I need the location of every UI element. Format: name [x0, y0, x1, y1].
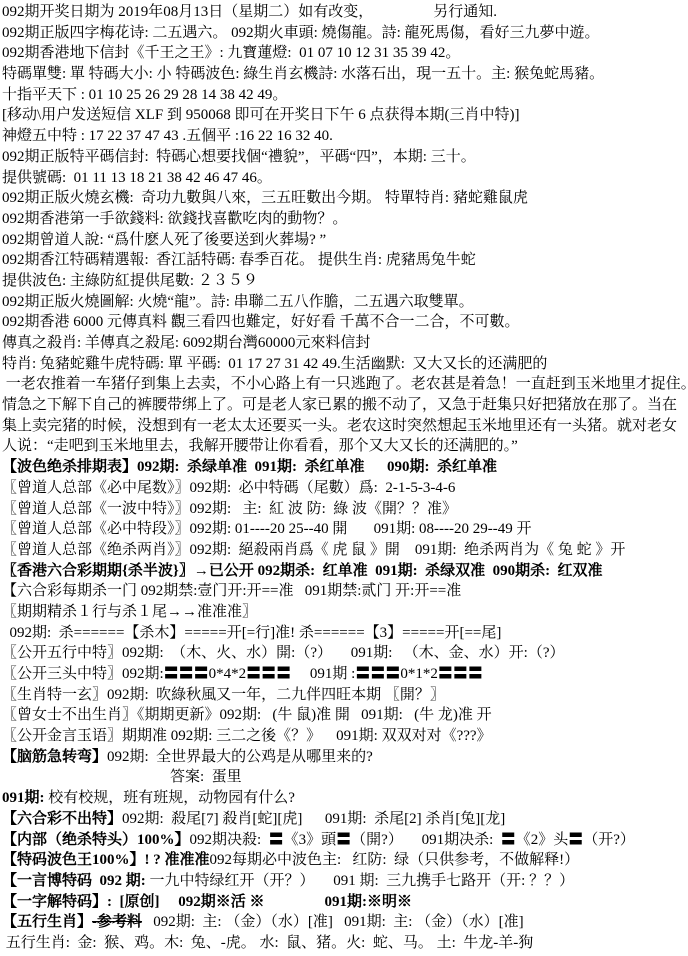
text-line-wave-color: 提供波色: 主綠防紅提供尾數: ２３５９: [2, 271, 688, 292]
text-line-kill-one-gate: 【六合彩每期杀一门 092期禁:壹门开:开==准 091期禁:贰门 开:开==准: [2, 581, 688, 602]
line-text: 〖公开金言玉语〗期期准 092期: 三二之後《？》 091期: 双双对对《???…: [2, 728, 492, 744]
line-text: 092期正版火燒圖解: 火燒“龍”。詩: 串聯二五八作膽，二五遇六取雙單。: [2, 294, 474, 310]
line-text: 〖曾道人总部《绝杀两肖》〗092期: 絕殺兩肖爲《 虎 鼠 》開 091期: 绝…: [2, 542, 625, 558]
text-line-joke-2: 情急之下解下自己的裤腰带绑上了。可是老人家已累的搬不动了，又急于赶集只好把猪放在…: [2, 395, 688, 416]
line-text: 提供號碼: 01 11 13 18 21 38 42 46 47 46。: [2, 170, 272, 186]
text-line-five-elements: 〖公开五行中特〗092期: （木、火、水）開:（?） 091期: （木、金、水）…: [2, 643, 688, 664]
line-text: 092期: 主: （金）（水）[准] 091期: 主: （金）（水）[准]: [142, 914, 524, 930]
line-heading: 091期:: [2, 790, 45, 806]
line-heading: 【一言博特码 092 期:: [2, 873, 146, 889]
line-text: 〖曾女士不出生肖〗《期期更新》092期: (牛 鼠)准 開 091期: (牛 龙…: [2, 707, 492, 723]
line-text: 092期曾道人說: “爲什麽人死了後要送到火葬場? ”: [2, 232, 326, 248]
line-text: 〖香港六合彩期期{杀半波}〗→已公开 092期杀: 红单准 091期: 杀绿双准…: [2, 563, 603, 579]
line-text: 092每期必中波色主: 红防: 绿（只供参考，不做解释!）: [210, 852, 580, 868]
line-text: 092期香港 6000 元傳真料 觀三看四也難定，好好看 千萬不合一二合，不可數…: [2, 314, 520, 330]
text-line-zengdaoren-quote: 092期曾道人說: “爲什麽人死了後要送到火葬場? ”: [2, 230, 688, 251]
line-text: 092期决殺: 〓《3》頭〓（開?） 091期决杀: 〓《2》头〓（开?）: [190, 832, 635, 848]
text-line-one-word-gamble: 【一言博特码 092 期: 一九中特绿红开（开？） 091 期: 三九携手七路开…: [2, 871, 688, 892]
text-line-flat-code-envelope: 092期正版特平碼信封: 特碼心想要找個“禮貌”，平碼“四”，本期: 三十。: [2, 147, 688, 168]
text-line-answer: 答案: 蛋里: [2, 767, 688, 788]
text-line-plum-poem: 092期正版四字梅花诗: 二五遇六。 092期火車頭: 燒傷龍。詩: 龍死馬傷，…: [2, 23, 688, 44]
text-line-must-hit-tails: 〖曾道人总部《必中尾数》〗092期: 必中特碼（尾數）爲: 2-1-5-3-4-…: [2, 478, 688, 499]
line-text: 〖生肖特一玄〗092期: 吹綠秋風又一年，二九伴四旺本期 〖開？〗: [2, 687, 445, 703]
text-line-one-word-solve: 【一字解特码】: [原创] 092期※活 ※ 091期:※明※: [2, 892, 688, 913]
line-text: 〖曾道人总部《必中尾数》〗092期: 必中特碼（尾數）爲: 2-1-5-3-4-…: [2, 480, 455, 496]
text-line-element-mapping: 五行生肖: 金: 猴、鸡。木: 兔、-虎。 水: 鼠、猪。火: 蛇、马。 土: …: [2, 933, 688, 954]
text-line-madam-zeng: 〖曾女士不出生肖〗《期期更新》092期: (牛 鼠)准 開 091期: (牛 龙…: [2, 705, 688, 726]
text-line-091-teaser: 091期: 校有校规，班有班规，动物园有什么?: [2, 788, 688, 809]
line-text: 092期: 杀======【杀木】=====开[=行]准! 杀======【3】…: [2, 625, 501, 641]
line-text: 092期: 殺尾[7] 殺肖[蛇][虎] 091期: 杀尾[2] 杀肖[兔][龙…: [122, 811, 505, 827]
line-text: 十指平天下 : 01 10 25 26 29 28 14 38 42 49。: [2, 87, 287, 103]
line-text: 特碼單雙: 單 特碼大小: 小 特碼波色: 綠生肖玄機詩: 水落石出，現一五十。…: [2, 66, 604, 82]
text-line-hk-envelope: 092期香港地下信封《千王之王》: 九寶蓮燈: 01 07 10 12 31 3…: [2, 43, 688, 64]
line-text: 092期: 全世界最大的公鸡是从哪里来的?: [107, 749, 373, 765]
text-line-fax-kill: 傳真之殺肖: 羊傳真之殺尾: 6092期台灣60000元來料信封: [2, 333, 688, 354]
text-line-joke-3: 集上卖完猪的时候，没想到有一老太太还要买一头。老农这时突然想起玉米地里还有一头猪…: [2, 416, 688, 437]
line-text: 傳真之殺肖: 羊傳真之殺尾: 6092期台灣60000元來料信封: [2, 335, 370, 351]
line-text: 092期开奖日期为 2019年08月13日（星期二）如有改变， 另行通知.: [2, 4, 497, 20]
line-heading: 【脑筋急转弯】: [2, 749, 107, 765]
line-text: 〖曾道人总部《必中特段》〗092期: 01----20 25--40 開 091…: [2, 521, 532, 537]
text-line-joke-1: 一老农推着一车猪仔到集上去卖，不小心路上有一只逃跑了。老农甚是着急！一直赶到玉米…: [2, 374, 688, 395]
text-line-must-hit-segment: 〖曾道人总部《必中特段》〗092期: 01----20 25--40 開 091…: [2, 519, 688, 540]
text-line-zodiac-mystery: 〖生肖特一玄〗092期: 吹綠秋風又一年，二九伴四旺本期 〖開？〗: [2, 685, 688, 706]
line-text: 092期正版四字梅花诗: 二五遇六。 092期火車頭: 燒傷龍。詩: 龍死馬傷，…: [2, 25, 600, 41]
line-text: 集上卖完猪的时候，没想到有一老太太还要买一头。老农这时突然想起玉米地里还有一头猪…: [2, 418, 677, 434]
line-text: 092期正版特平碼信封: 特碼心想要找個“禮貌”，平碼“四”，本期: 三十。: [2, 149, 476, 165]
line-text: 〖公开三头中特〗092期:〓〓〓0*4*2〓〓〓 091期 :〓〓〓0*1*2〓…: [2, 666, 483, 682]
text-line-joke-4: 人说：“走吧到玉米地里去，我解开腰带让你看看，那个又大又长的还满肥的。”: [2, 436, 688, 457]
text-line-kill-two-zodiacs: 〖曾道人总部《绝杀两肖》〗092期: 絕殺兩肖爲《 虎 鼠 》開 091期: 绝…: [2, 540, 688, 561]
line-text: 092期香港第一手欲錢料: 欲錢找喜歡吃肉的動物？。: [2, 211, 347, 227]
text-line-wave-color-king: 【特码波色王100%】! ? 准准准092每期必中波色主: 红防: 绿（只供参考…: [2, 850, 688, 871]
text-line-money-clue: 092期香港第一手欲錢料: 欲錢找喜歡吃肉的動物？。: [2, 209, 688, 230]
text-line-golden-words: 〖公开金言玉语〗期期准 092期: 三二之後《？》 091期: 双双对对《???…: [2, 726, 688, 747]
line-text: 〖期期精杀１行与杀１尾→→准准准〗: [2, 604, 257, 620]
lottery-tips-sheet: 092期开奖日期为 2019年08月13日（星期二）如有改变， 另行通知. 09…: [0, 0, 688, 956]
line-text: 提供波色: 主綠防紅提供尾數: ２３５９: [2, 273, 258, 289]
text-line-kill-special-head: 【内部（绝杀特头）100%】092期决殺: 〓《3》頭〓（開?） 091期决杀:…: [2, 830, 688, 851]
line-heading: 【内部（绝杀特头）100%】: [2, 832, 190, 848]
text-line-five-element-zodiac: 【五行生肖】-参考料 092期: 主: （金）（水）[准] 091期: 主: （…: [2, 912, 688, 933]
line-text: [移动\用户发送短信 XLF 到 950068 即可在开奖日下午 6 点获得本期…: [2, 107, 520, 123]
text-line-not-out-special: 【六合彩不出特】092期: 殺尾[7] 殺肖[蛇][虎] 091期: 杀尾[2]…: [2, 809, 688, 830]
text-line-draw-date: 092期开奖日期为 2019年08月13日（星期二）如有改变， 另行通知.: [2, 2, 688, 23]
text-line-fax-material: 092期香港 6000 元傳真料 觀三看四也難定，好好看 千萬不合一二合，不可數…: [2, 312, 688, 333]
line-heading: 【六合彩不出特】: [2, 811, 122, 827]
text-line-brain-teaser: 【脑筋急转弯】092期: 全世界最大的公鸡是从哪里来的?: [2, 747, 688, 768]
line-text: 【六合彩每期杀一门 092期禁:壹门开:开==准 091期禁:贰门 开:开==准: [2, 583, 461, 599]
line-text: 人说：“走吧到玉米地里去，我解开腰带让你看看，那个又大又长的还满肥的。”: [2, 438, 518, 454]
line-text: 【一字解特码】: [原创] 092期※活 ※ 091期:※明※: [2, 894, 412, 910]
line-text: 一老农推着一车猪仔到集上去卖，不小心路上有一只逃跑了。老农甚是着急！一直赶到玉米…: [2, 376, 688, 392]
text-line-one-wave-special: 〖曾道人总部《一波中特》〗092期: 主: 紅 波 防: 綠 波《開？？准》: [2, 499, 688, 520]
text-line-special-zodiac: 特肖: 兔豬蛇雞牛虎特碼: 單 平碼: 01 17 27 31 42 49.生活…: [2, 354, 688, 375]
line-text: 特肖: 兔豬蛇雞牛虎特碼: 單 平碼: 01 17 27 31 42 49.生活…: [2, 356, 547, 372]
text-line-ten-fingers: 十指平天下 : 01 10 25 26 29 28 14 38 42 49。: [2, 85, 688, 106]
text-line-kill-half-wave: 〖香港六合彩期期{杀半波}〗→已公开 092期杀: 红单准 091期: 杀绿双准…: [2, 561, 688, 582]
text-line-kill-row-tail-title: 〖期期精杀１行与杀１尾→→准准准〗: [2, 602, 688, 623]
line-strikethrough: -参考料: [92, 914, 142, 930]
line-text: 校有校规，班有班规，动物园有什么?: [45, 790, 295, 806]
text-line-wave-kill-schedule: 【波色绝杀排期表】092期: 杀绿单准 091期: 杀红单准 090期: 杀红单…: [2, 457, 688, 478]
text-line-special-code: 特碼單雙: 單 特碼大小: 小 特碼波色: 綠生肖玄機詩: 水落石出，現一五十。…: [2, 64, 688, 85]
line-text: 答案: 蛋里: [170, 769, 242, 785]
text-line-xiangjiang-report: 092期香江特碼精選報: 香江話特碼: 春季百花。 提供生肖: 虎豬馬兔牛蛇: [2, 250, 688, 271]
text-line-provided-numbers: 提供號碼: 01 11 13 18 21 38 42 46 47 46。: [2, 168, 688, 189]
line-heading: 【特码波色王100%】! ? 准准准: [2, 852, 210, 868]
line-text: 五行生肖: 金: 猴、鸡。木: 兔、-虎。 水: 鼠、猪。火: 蛇、马。 土: …: [2, 935, 533, 951]
line-heading: 【五行生肖】: [2, 914, 92, 930]
line-text: 092期香江特碼精選報: 香江話特碼: 春季百花。 提供生肖: 虎豬馬兔牛蛇: [2, 252, 476, 268]
line-text: 092期正版火燒玄機: 奇功九數與八來，三五旺數出今期。 特單特肖: 豬蛇雞鼠虎: [2, 190, 528, 206]
text-line-three-heads: 〖公开三头中特〗092期:〓〓〓0*4*2〓〓〓 091期 :〓〓〓0*1*2〓…: [2, 664, 688, 685]
line-text: 〖曾道人总部《一波中特》〗092期: 主: 紅 波 防: 綠 波《開？？准》: [2, 501, 457, 517]
line-text: 情急之下解下自己的裤腰带绑上了。可是老人家已累的搬不动了，又急于赶集只好把猪放在…: [2, 397, 677, 413]
line-text: 【波色绝杀排期表】092期: 杀绿单准 091期: 杀红单准 090期: 杀红单…: [2, 459, 497, 475]
line-text: 一九中特绿红开（开？） 091 期: 三九携手七路开（开: ？？）: [146, 873, 574, 889]
text-line-kill-row-tail-detail: 092期: 杀======【杀木】=====开[=行]准! 杀======【3】…: [2, 623, 688, 644]
text-line-magic-lamp: 神燈五中特 : 17 22 37 47 43 .五個平 :16 22 16 32…: [2, 126, 688, 147]
text-line-fire-diagram: 092期正版火燒圖解: 火燒“龍”。詩: 串聯二五八作膽，二五遇六取雙單。: [2, 292, 688, 313]
line-text: 神燈五中特 : 17 22 37 47 43 .五個平 :16 22 16 32…: [2, 128, 333, 144]
text-line-sms-notice: [移动\用户发送短信 XLF 到 950068 即可在开奖日下午 6 点获得本期…: [2, 105, 688, 126]
text-line-fire-mystery: 092期正版火燒玄機: 奇功九數與八來，三五旺數出今期。 特單特肖: 豬蛇雞鼠虎: [2, 188, 688, 209]
line-text: 092期香港地下信封《千王之王》: 九寶蓮燈: 01 07 10 12 31 3…: [2, 45, 460, 61]
line-text: 〖公开五行中特〗092期: （木、火、水）開:（?） 091期: （木、金、水）…: [2, 645, 565, 661]
